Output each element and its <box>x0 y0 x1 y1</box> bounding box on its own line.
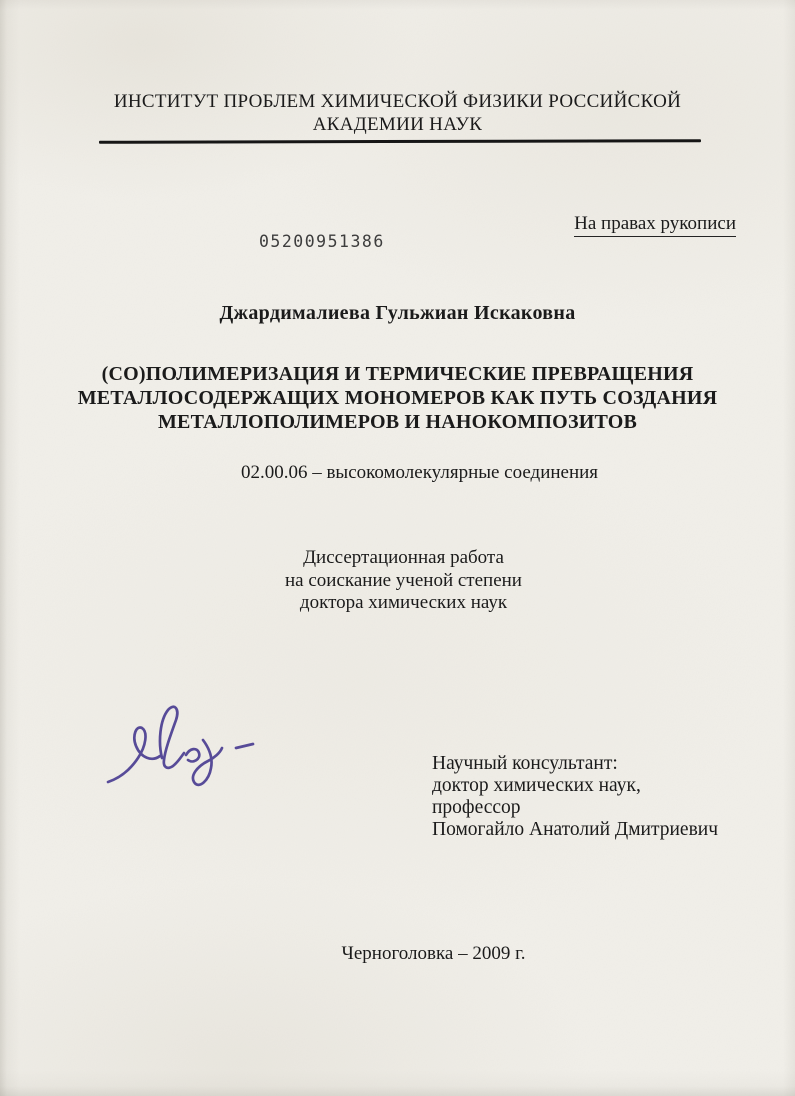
thesis-statement-line2: на соискание ученой степени <box>6 570 795 593</box>
dissertation-title-line2: МЕТАЛЛОСОДЕРЖАЩИХ МОНОМЕРОВ КАК ПУТЬ СОЗ… <box>38 386 757 410</box>
institute-header-line2: АКАДЕМИИ НАУК <box>0 113 795 136</box>
signature-ink-strokes <box>100 698 275 798</box>
scanned-title-page: ИНСТИТУТ ПРОБЛЕМ ХИМИЧЕСКОЙ ФИЗИКИ РОССИ… <box>0 0 795 1096</box>
dissertation-title-line1: (СО)ПОЛИМЕРИЗАЦИЯ И ТЕРМИЧЕСКИЕ ПРЕВРАЩЕ… <box>38 362 757 386</box>
thesis-statement-line1: Диссертационная работа <box>6 547 795 570</box>
institute-header-line1: ИНСТИТУТ ПРОБЛЕМ ХИМИЧЕСКОЙ ФИЗИКИ РОССИ… <box>0 90 795 113</box>
registration-stamp-number: 05200951386 <box>259 232 385 251</box>
consultant-name: Помогайло Анатолий Дмитриевич <box>432 819 718 841</box>
consultant-degree: доктор химических наук, <box>432 775 718 797</box>
city-and-year: Черноголовка – 2009 г. <box>36 943 795 965</box>
dissertation-title: (СО)ПОЛИМЕРИЗАЦИЯ И ТЕРМИЧЕСКИЕ ПРЕВРАЩЕ… <box>38 362 757 434</box>
header-divider-rule <box>99 139 701 144</box>
specialty-code: 02.00.06 – высокомолекулярные соединения <box>22 462 795 484</box>
dissertation-title-line3: МЕТАЛЛОПОЛИМЕРОВ И НАНОКОМПОЗИТОВ <box>38 410 757 434</box>
consultant-rank: профессор <box>432 797 718 819</box>
institute-header: ИНСТИТУТ ПРОБЛЕМ ХИМИЧЕСКОЙ ФИЗИКИ РОССИ… <box>0 90 795 136</box>
handwritten-signature <box>100 698 275 798</box>
scientific-consultant-block: Научный консультант: доктор химических н… <box>432 753 718 841</box>
manuscript-rights-note: На правах рукописи <box>574 213 736 237</box>
author-name: Джардималиева Гульжиан Искаковна <box>0 302 795 325</box>
thesis-statement: Диссертационная работа на соискание учен… <box>6 547 795 615</box>
thesis-statement-line3: доктора химических наук <box>6 592 795 615</box>
consultant-label: Научный консультант: <box>432 753 718 775</box>
